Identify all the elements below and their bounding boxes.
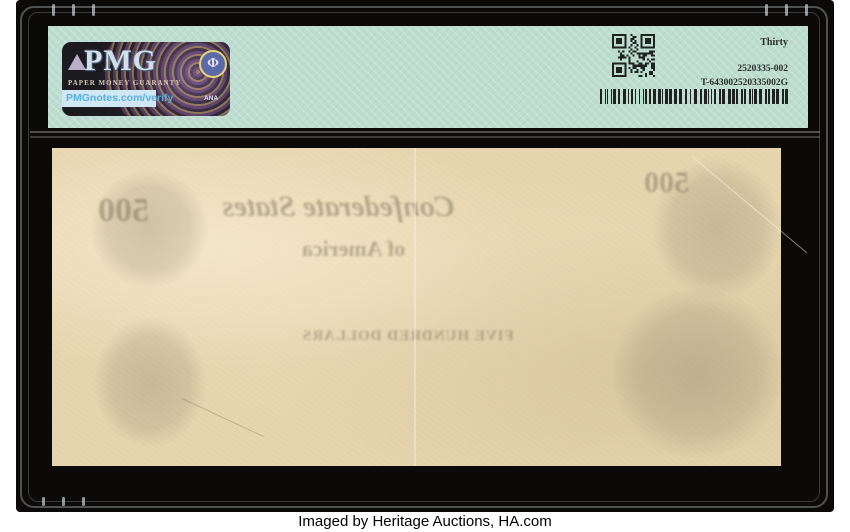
bleed-lower-line: FIVE HUNDRED DOLLARS <box>302 328 514 345</box>
vignette-bottom-left <box>94 318 206 448</box>
holder-notch <box>82 497 85 506</box>
holder-notch <box>62 497 65 506</box>
holder-notch <box>785 4 788 16</box>
bleed-denomination-right: 500 <box>644 166 689 200</box>
pmg-seal-icon: Φ <box>199 50 227 78</box>
holder-notch <box>42 497 45 506</box>
vignette-right-portrait <box>612 288 782 458</box>
qr-code-icon <box>612 34 655 77</box>
banknote-reverse: 500 500 Confederate States of America FI… <box>52 148 781 466</box>
holder-notch <box>52 4 55 16</box>
bleed-denomination-left: 500 <box>98 192 149 230</box>
barcode-icon <box>600 89 792 104</box>
verify-url: PMGnotes.com/verify <box>66 92 173 104</box>
pmg-subtitle: PAPER MONEY GUARANTY <box>68 79 181 87</box>
catalog-id: T-643002520335002G <box>701 78 788 88</box>
holder-notch <box>92 4 95 16</box>
holder-notch <box>805 4 808 16</box>
holder-notch <box>72 4 75 16</box>
image-credit-caption: Imaged by Heritage Auctions, HA.com <box>0 512 850 532</box>
ana-badge: ANA <box>204 95 218 102</box>
bleed-subtitle: of America <box>302 236 405 262</box>
cert-number: 2520335-002 <box>737 64 788 74</box>
bleed-title: Confederate States <box>222 190 455 224</box>
note-fold <box>414 148 416 466</box>
holder-notch <box>765 4 768 16</box>
pmg-hologram: PMG Φ PAPER MONEY GUARANTY PMGnotes.com/… <box>62 42 230 116</box>
holder-seam <box>30 131 820 138</box>
pmg-logo-text: PMG <box>84 44 157 78</box>
grade-label: Thirty <box>760 37 788 48</box>
